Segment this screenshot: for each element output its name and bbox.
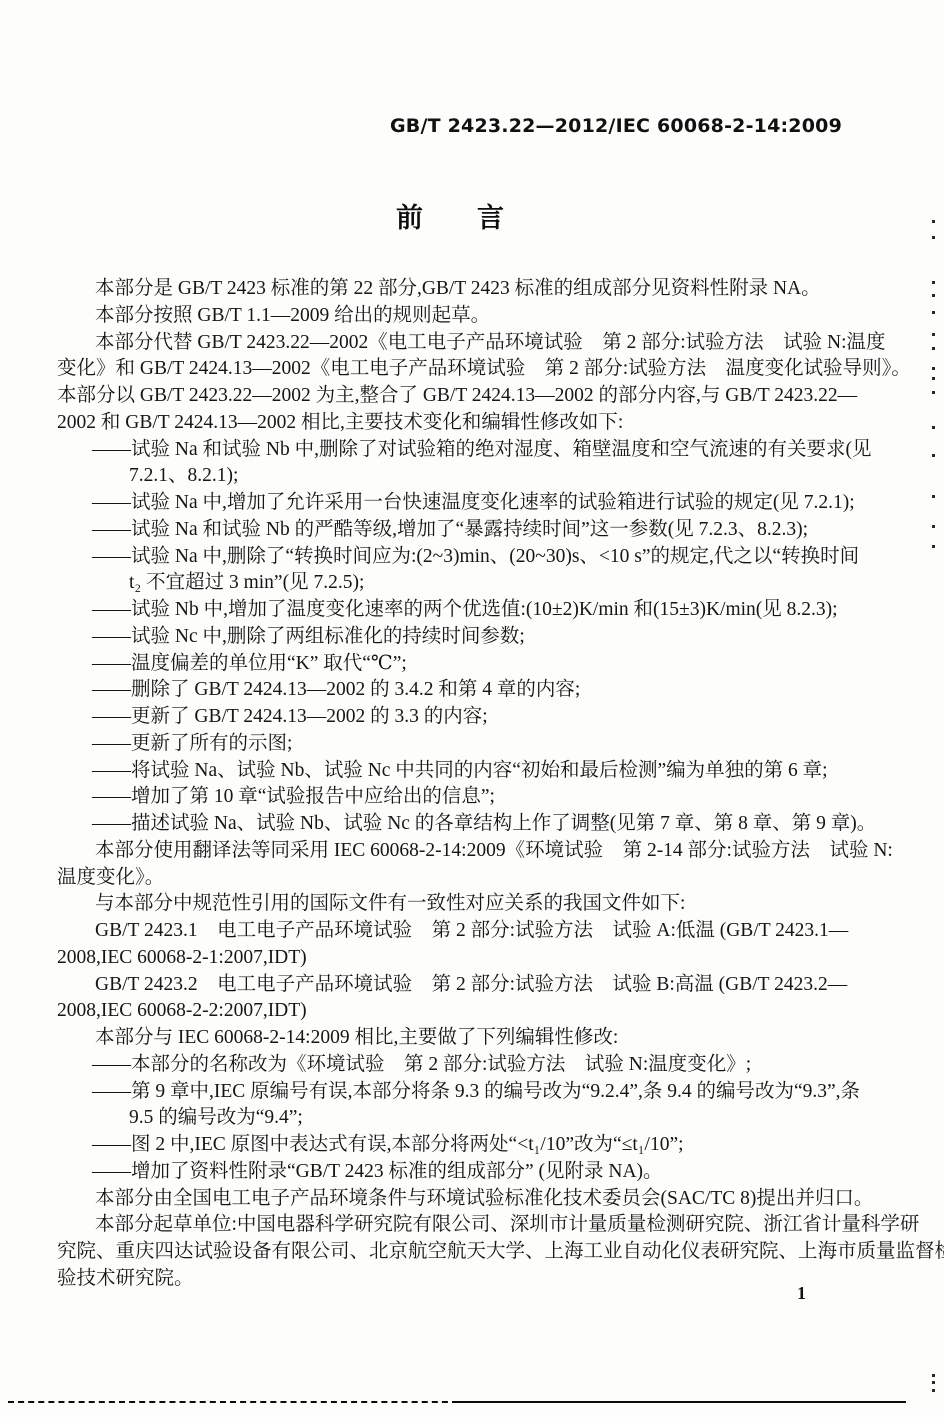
text-line: 本部分以 GB/T 2423.22—2002 为主,整合了 GB/T 2424.… [57, 383, 885, 410]
text-line: 本部分按照 GB/T 1.1—2009 给出的规则起草。 [57, 303, 885, 330]
scan-speck [932, 525, 935, 528]
scan-speck [932, 391, 935, 394]
text-line: ——更新了所有的示图; [57, 731, 885, 758]
scan-speck [932, 311, 935, 314]
text-line: 验技术研究院。 [57, 1266, 885, 1293]
text-line: t₂ 不宜超过 3 min”(见 7.2.5); [57, 570, 885, 597]
text-line: 温度变化》。 [57, 865, 885, 892]
text-line: 变化》和 GB/T 2424.13—2002《电工电子产品环境试验 第 2 部分… [57, 356, 885, 383]
text-line: GB/T 2423.2 电工电子产品环境试验 第 2 部分:试验方法 试验 B:… [57, 972, 885, 999]
page-number: 1 [797, 1283, 806, 1304]
text-line: ——试验 Na 和试验 Nb 中,删除了对试验箱的绝对湿度、箱壁温度和空气流速的… [57, 437, 885, 464]
text-line: ——试验 Nb 中,增加了温度变化速率的两个优选值:(10±2)K/min 和(… [57, 597, 885, 624]
text-line: 本部分起草单位:中国电器科学研究院有限公司、深圳市计量质量检测研究院、浙江省计量… [57, 1212, 885, 1239]
text-line: ——增加了第 10 章“试验报告中应给出的信息”; [57, 784, 885, 811]
text-line: ——增加了资料性附录“GB/T 2423 标准的组成部分” (见附录 NA)。 [57, 1159, 885, 1186]
text-line: ——试验 Na 和试验 Nb 的严酷等级,增加了“暴露持续时间”这一参数(见 7… [57, 517, 885, 544]
scan-speck [932, 495, 935, 498]
foreword-body: 本部分是 GB/T 2423 标准的第 22 部分,GB/T 2423 标准的组… [57, 276, 885, 1293]
text-line: 与本部分中规范性引用的国际文件有一致性对应关系的我国文件如下: [57, 891, 885, 918]
page-title: 前 言 [0, 196, 900, 235]
text-line: ——试验 Na 中,增加了允许采用一台快速温度变化速率的试验箱进行试验的规定(见… [57, 490, 885, 517]
scan-border-bottom-solid [458, 1401, 906, 1403]
text-line: ——试验 Nc 中,删除了两组标准化的持续时间参数; [57, 624, 885, 651]
standard-number-header: GB/T 2423.22—2012/IEC 60068-2-14:2009 [390, 115, 842, 137]
scan-speck [932, 454, 935, 457]
text-line: 7.2.1、8.2.1); [57, 463, 885, 490]
scan-speck [932, 294, 935, 297]
text-line: ——图 2 中,IEC 原图中表达式有误,本部分将两处“<t₁/10”改为“≤t… [57, 1132, 885, 1159]
text-line: ——描述试验 Na、试验 Nb、试验 Nc 的各章结构上作了调整(见第 7 章、… [57, 811, 885, 838]
scan-border-bottom-dashed [8, 1401, 458, 1403]
document-page: GB/T 2423.22—2012/IEC 60068-2-14:2009 前 … [0, 0, 944, 1417]
text-line: 本部分代替 GB/T 2423.22—2002《电工电子产品环境试验 第 2 部… [57, 330, 885, 357]
text-line: 2008,IEC 60068-2-2:2007,IDT) [57, 998, 885, 1025]
scan-speck [932, 1389, 935, 1392]
text-line: 本部分使用翻译法等同采用 IEC 60068-2-14:2009《环境试验 第 … [57, 838, 885, 865]
text-line: ——第 9 章中,IEC 原编号有误,本部分将条 9.3 的编号改为“9.2.4… [57, 1079, 885, 1106]
scan-speck [932, 545, 935, 548]
scan-speck [932, 1374, 935, 1377]
text-line: ——删除了 GB/T 2424.13—2002 的 3.4.2 和第 4 章的内… [57, 677, 885, 704]
text-line: ——本部分的名称改为《环境试验 第 2 部分:试验方法 试验 N:温度变化》; [57, 1052, 885, 1079]
text-line: 究院、重庆四达试验设备有限公司、北京航空航天大学、上海工业自动化仪表研究院、上海… [57, 1239, 885, 1266]
text-line: 本部分由全国电工电子产品环境条件与环境试验标准化技术委员会(SAC/TC 8)提… [57, 1186, 885, 1213]
text-line: 2002 和 GB/T 2424.13—2002 相比,主要技术变化和编辑性修改… [57, 410, 885, 437]
scan-speck [932, 333, 935, 336]
text-line: ——温度偏差的单位用“K” 取代“℃”; [57, 651, 885, 678]
text-line: 9.5 的编号改为“9.4”; [57, 1105, 885, 1132]
text-line: ——试验 Na 中,删除了“转换时间应为:(2~3)min、(20~30)s、<… [57, 544, 885, 571]
scan-speck [932, 367, 935, 370]
text-line: GB/T 2423.1 电工电子产品环境试验 第 2 部分:试验方法 试验 A:… [57, 918, 885, 945]
text-line: 2008,IEC 60068-2-1:2007,IDT) [57, 945, 885, 972]
scan-speck [932, 236, 935, 239]
text-line: ——将试验 Na、试验 Nb、试验 Nc 中共同的内容“初始和最后检测”编为单独… [57, 758, 885, 785]
scan-speck [932, 1381, 935, 1384]
text-line: ——更新了 GB/T 2424.13—2002 的 3.3 的内容; [57, 704, 885, 731]
text-line: 本部分是 GB/T 2423 标准的第 22 部分,GB/T 2423 标准的组… [57, 276, 885, 303]
text-line: 本部分与 IEC 60068-2-14:2009 相比,主要做了下列编辑性修改: [57, 1025, 885, 1052]
scan-speck [932, 347, 935, 350]
scan-speck [932, 377, 935, 380]
scan-speck [932, 220, 935, 223]
scan-speck [932, 281, 935, 284]
scan-speck [932, 426, 935, 429]
